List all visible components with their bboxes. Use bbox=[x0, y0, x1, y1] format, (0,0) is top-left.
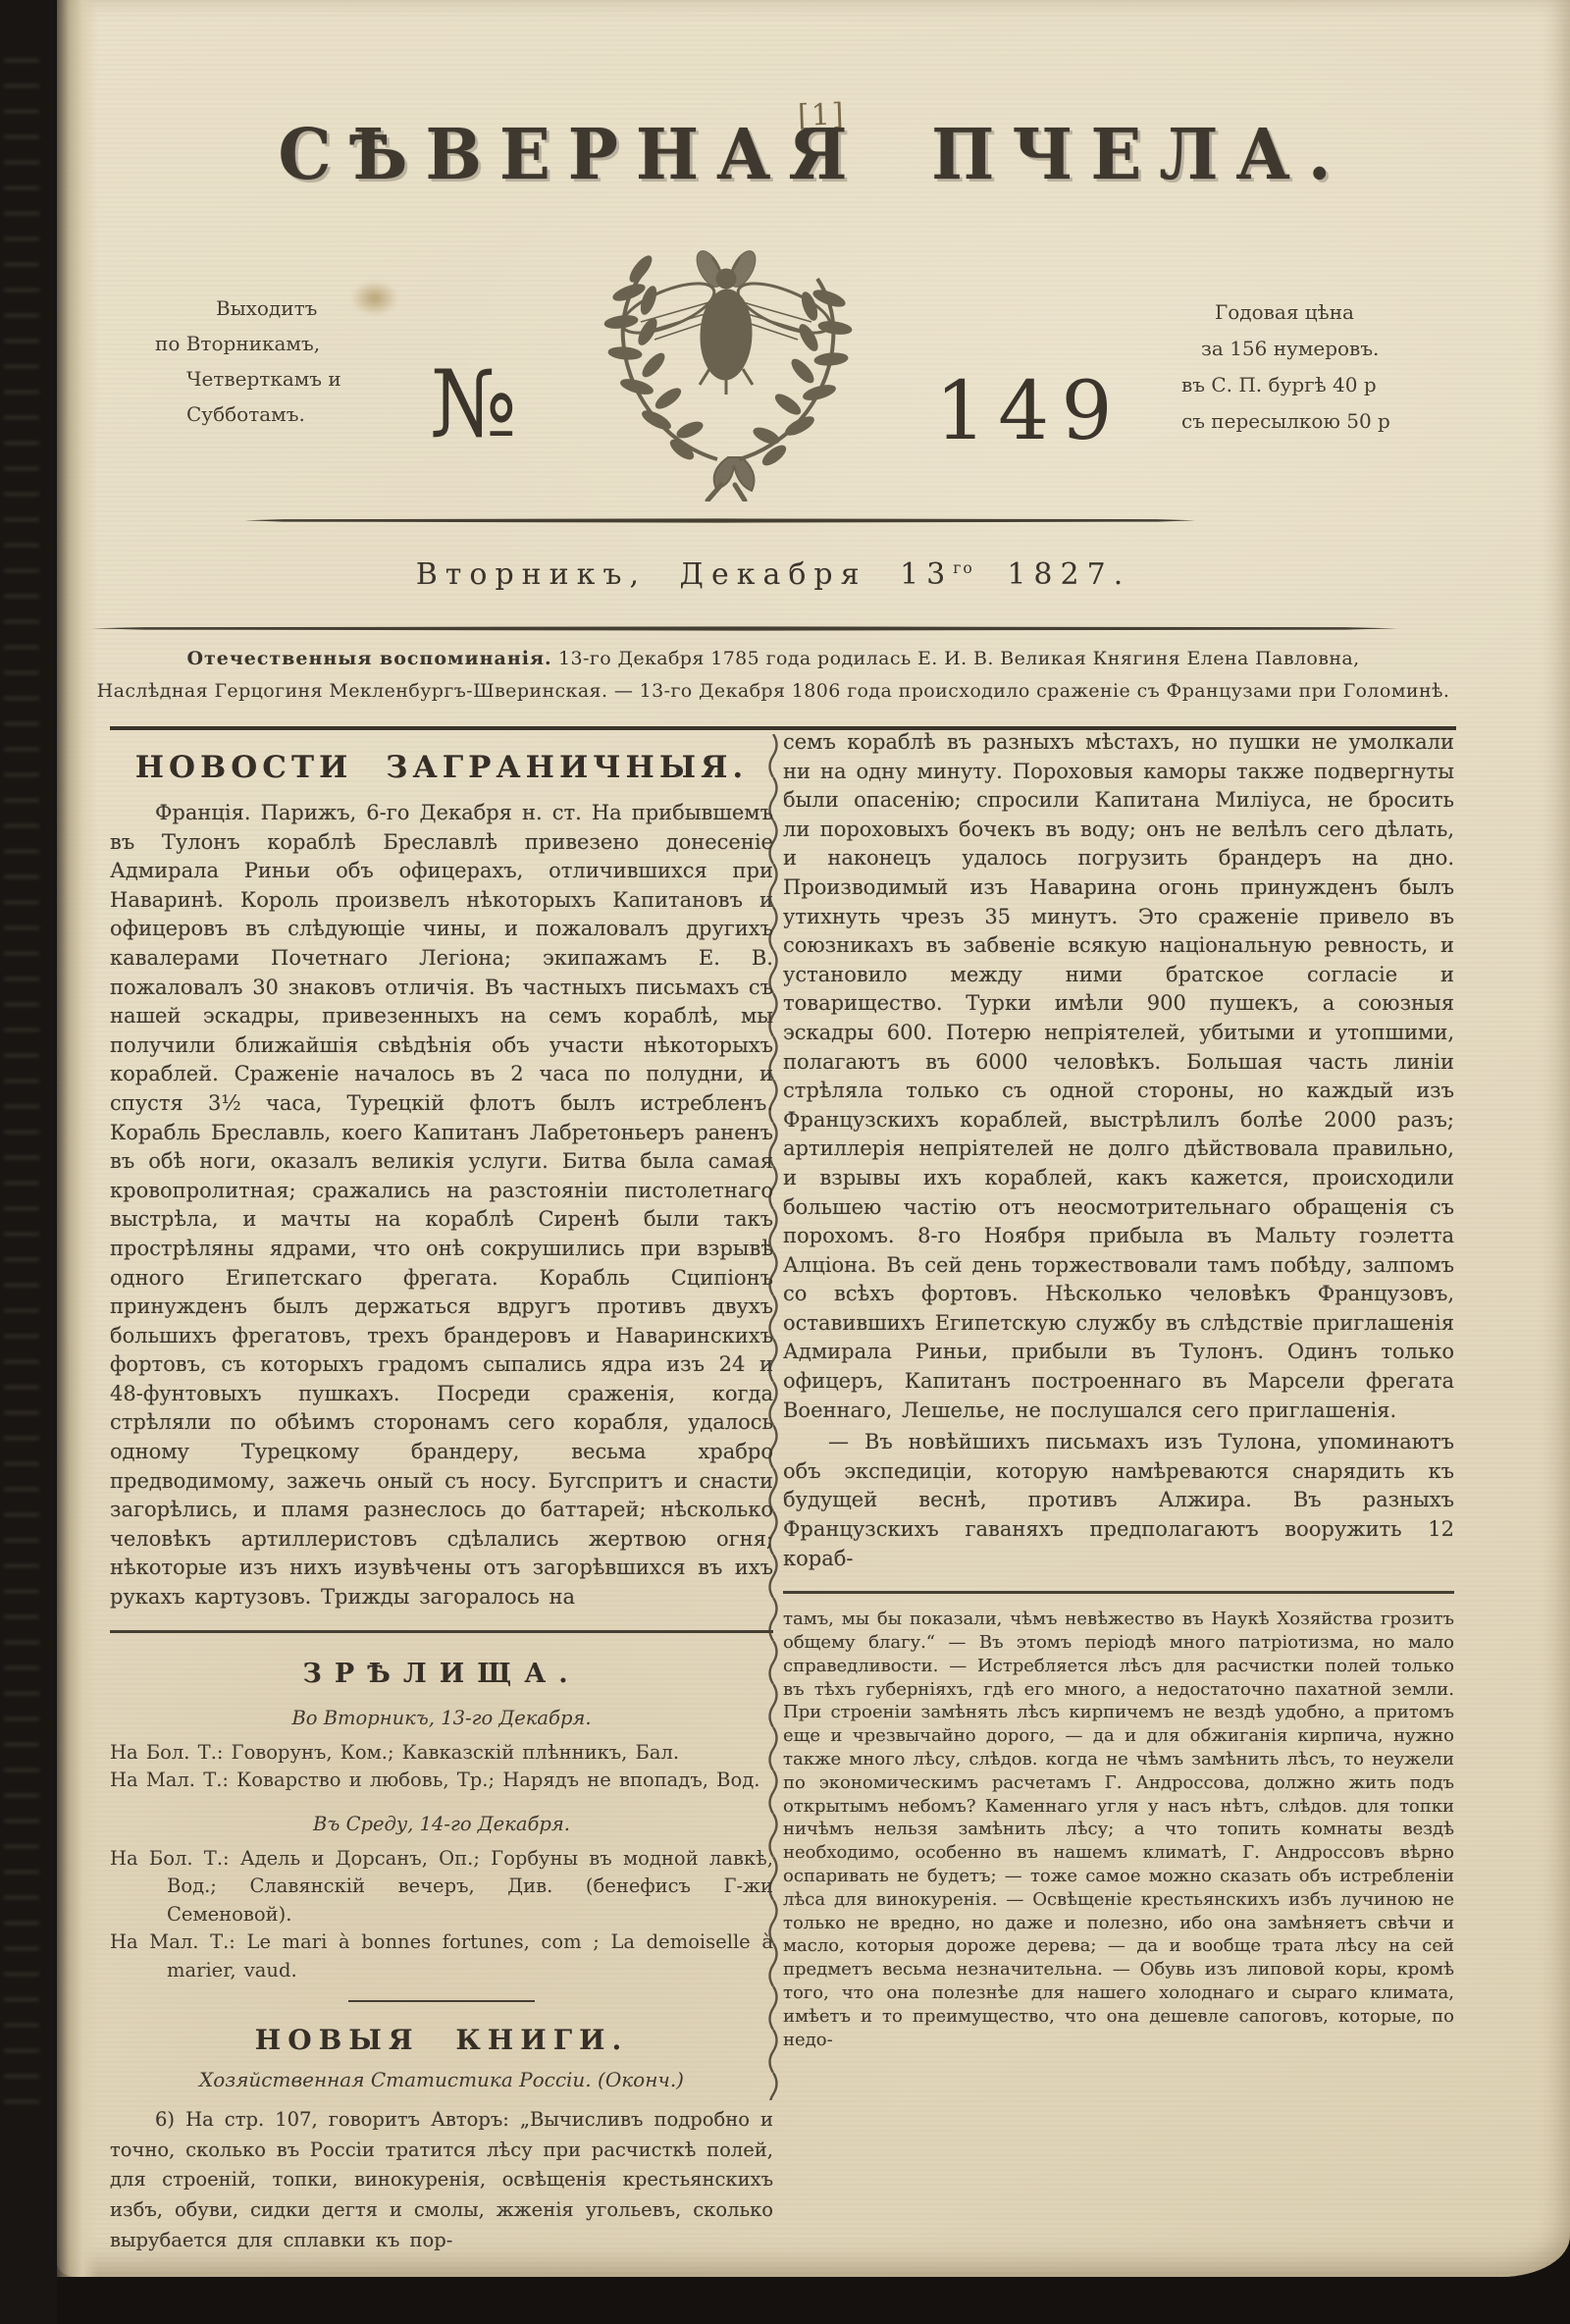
toulon-expedition-note: — Въ новѣйшихъ письмахъ изъ Тулона, упом… bbox=[783, 1428, 1454, 1573]
spectacles-day-1: Во Вторникъ, 13-го Декабря. bbox=[110, 1707, 773, 1729]
text-line: по Вторникамъ, bbox=[155, 326, 341, 361]
date-ordinal: го bbox=[953, 559, 974, 577]
binding-shadow bbox=[0, 0, 57, 2324]
short-rule bbox=[348, 2000, 535, 2002]
page-gutter-edge bbox=[57, 0, 98, 2277]
date-year: 1827. bbox=[974, 557, 1130, 592]
right-column: семъ кораблѣ въ разныхъ мѣстахъ, но пушк… bbox=[783, 728, 1454, 2051]
book-review-text: 6) На стр. 107, говоритъ Авторъ: „Вычисл… bbox=[110, 2105, 773, 2255]
navarino-article-continued: семъ кораблѣ въ разныхъ мѣстахъ, но пушк… bbox=[783, 728, 1454, 1425]
text-line: Годовая цѣна bbox=[1181, 294, 1390, 331]
text-line: въ С. П. бургѣ 40 р bbox=[1181, 367, 1390, 403]
text-line: Субботамъ. bbox=[155, 396, 341, 432]
text-line: за 156 нумеровъ. bbox=[1181, 331, 1390, 367]
new-books-heading: НОВЫЯ КНИГИ. bbox=[110, 2024, 773, 2056]
bee-wreath-icon bbox=[552, 232, 901, 502]
left-column: НОВОСТИ ЗАГРАНИЧНЫЯ. Франція. Парижъ, 6-… bbox=[110, 728, 773, 2255]
tapered-rule-bottom bbox=[92, 626, 1397, 631]
subscription-price: Годовая цѣназа 156 нумеровъ.въ С. П. бур… bbox=[1181, 294, 1390, 440]
issue-dateline: Вторникъ, Декабря 13го 1827. bbox=[283, 557, 1264, 592]
spectacles-day-2: Въ Среду, 14-го Декабря. bbox=[110, 1813, 773, 1835]
text-line: На Мал. Т.: Коварство и любовь, Тр.; Нар… bbox=[110, 1767, 773, 1795]
section-rule-right bbox=[783, 1591, 1454, 1594]
text-line: Выходитъ bbox=[155, 290, 341, 326]
france-article: Франція. Парижъ, 6-го Декабря н. ст. На … bbox=[110, 799, 773, 1612]
date-text: Вторникъ, Декабря 13 bbox=[416, 557, 954, 592]
spectacles-day-2-listings: На Бол. Т.: Адель и Дорсанъ, Оп.; Горбун… bbox=[110, 1845, 773, 1985]
issue-number: 149 bbox=[935, 365, 1125, 458]
masthead-title: СѢВЕРНАЯ ПЧЕЛА. bbox=[57, 114, 1570, 195]
patriotic-memories-note: Отечественныя воспоминанія. 13-го Декабр… bbox=[86, 643, 1460, 708]
foreign-news-heading: НОВОСТИ ЗАГРАНИЧНЫЯ. bbox=[110, 750, 773, 785]
scanned-newspaper-page: [1] СѢВЕРНАЯ ПЧЕЛА. Выходитъпо Вторникам… bbox=[0, 0, 1570, 2324]
memorial-line-2: Наслѣдная Герцогиня Мекленбургъ-Шверинск… bbox=[86, 675, 1460, 708]
text-line: На Мал. Т.: Le mari à bonnes fortunes, c… bbox=[110, 1928, 773, 1984]
text-line: На Бол. Т.: Говорунъ, Ком.; Кавказскій п… bbox=[110, 1739, 773, 1768]
section-rule-left bbox=[110, 1630, 773, 1633]
memorial-rest: 13-го Декабря 1785 года родилась Е. И. В… bbox=[552, 648, 1360, 669]
tapered-rule-top bbox=[245, 518, 1195, 523]
book-review-continued: тамъ, мы бы показали, чѣмъ невѣжество въ… bbox=[783, 1608, 1454, 2051]
memorial-line-1: Отечественныя воспоминанія. 13-го Декабр… bbox=[86, 643, 1460, 675]
text-line: съ пересылкою 50 р bbox=[1181, 403, 1390, 440]
spectacles-heading: ЗРѢЛИЩА. bbox=[110, 1659, 773, 1689]
memorial-lead: Отечественныя воспоминанія. bbox=[186, 648, 551, 669]
text-line: Четверткамъ и bbox=[155, 361, 341, 396]
publication-schedule: Выходитъпо Вторникамъ,Четверткамъ иСуббо… bbox=[155, 290, 341, 432]
newspaper-sheet: [1] СѢВЕРНАЯ ПЧЕЛА. Выходитъпо Вторникам… bbox=[57, 0, 1570, 2277]
issue-number-symbol: № bbox=[430, 351, 517, 458]
paper-stain bbox=[351, 281, 398, 316]
book-review-subtitle: Хозяйственная Статистика Россіи. (Оконч.… bbox=[110, 2068, 773, 2091]
spectacles-day-1-listings: На Бол. Т.: Говорунъ, Ком.; Кавказскій п… bbox=[110, 1739, 773, 1795]
text-line: На Бол. Т.: Адель и Дорсанъ, Оп.; Горбун… bbox=[110, 1845, 773, 1929]
